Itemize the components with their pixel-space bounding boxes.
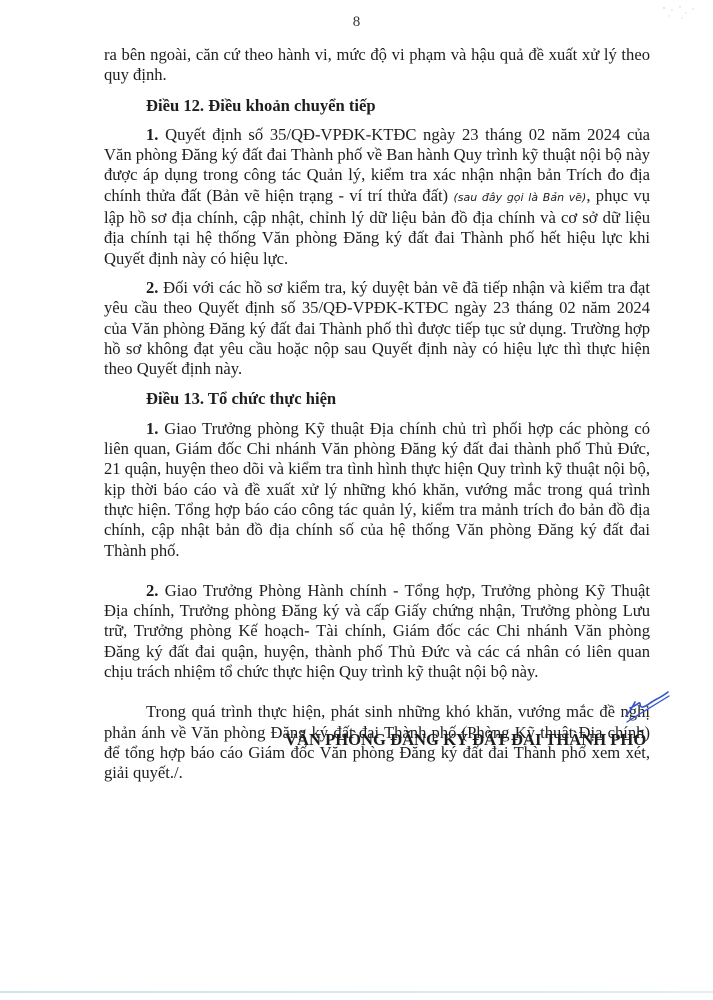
article-12-item-2: 2. Đối với các hồ sơ kiểm tra, ký duyệt … [104,278,650,379]
item-text: Đối với các hồ sơ kiểm tra, ký duyệt bản… [104,278,650,378]
item-number: 2. [146,581,158,600]
page-number: 8 [0,14,713,31]
handwritten-initials-icon [623,688,671,724]
page-bottom-edge [0,991,713,993]
article-13-item-1: 1. Giao Trưởng phòng Kỹ thuật Địa chính … [104,419,650,561]
scan-noise [660,4,700,24]
document-body: ra bên ngoài, căn cứ theo hành vi, mức đ… [104,45,650,784]
article-13-item-2: 2. Giao Trưởng Phòng Hành chính - Tổng h… [104,581,650,682]
continuation-paragraph: ra bên ngoài, căn cứ theo hành vi, mức đ… [104,45,650,86]
item-note: (sau đây gọi là Bản vẽ) [453,191,586,204]
item-number: 1. [146,419,158,438]
article-12-item-1: 1. Quyết định số 35/QĐ-VPĐK-KTĐC ngày 23… [104,125,650,269]
article-12-heading: Điều 12. Điều khoản chuyển tiếp [104,96,650,116]
article-13-heading: Điều 13. Tổ chức thực hiện [104,389,650,409]
item-number: 2. [146,278,158,297]
item-number: 1. [146,125,158,144]
item-text: Giao Trưởng Phòng Hành chính - Tổng hợp,… [104,581,650,681]
issuing-organization: VĂN PHÒNG ĐĂNG KÝ ĐẤT ĐAI THÀNH PHỐ [285,730,646,750]
item-text: Giao Trưởng phòng Kỹ thuật Địa chính chủ… [104,419,650,560]
